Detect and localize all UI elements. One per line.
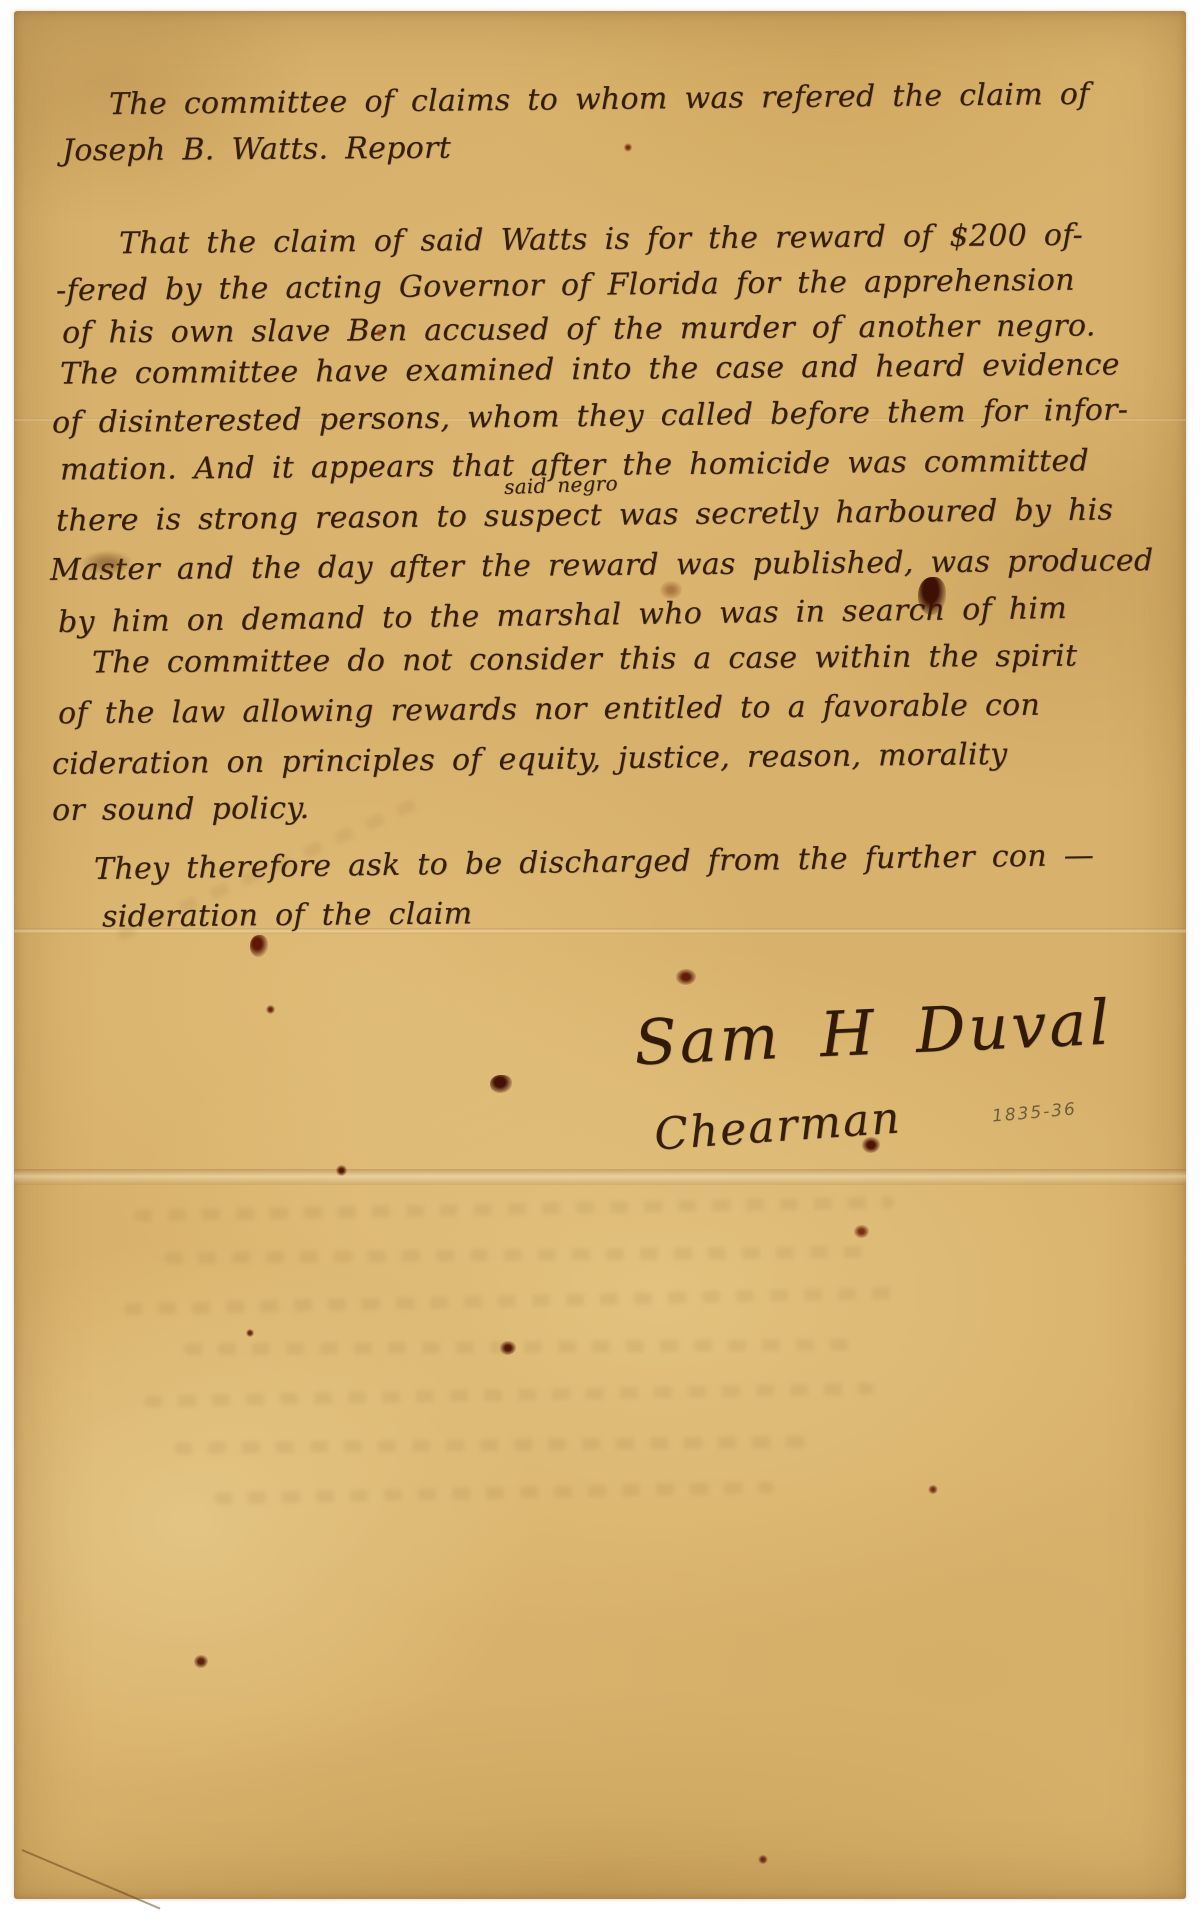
closing-line: sideration of the claim <box>102 896 473 934</box>
body-line: The committee have examined into the cas… <box>60 347 1120 391</box>
body-line: -fered by the acting Governor of Florida… <box>56 263 1075 309</box>
ink-blot <box>928 1485 938 1494</box>
closing-line: They therefore ask to be discharged from… <box>94 838 1094 887</box>
body-line: Master and the day after the reward was … <box>50 543 1154 588</box>
body-line: The committee do not consider this a cas… <box>92 639 1078 681</box>
scanned-document-page: The committee of claims to whom was refe… <box>0 0 1200 1915</box>
ink-blot <box>676 969 696 985</box>
body-line: of the law allowing rewards nor entitled… <box>58 688 1040 732</box>
body-line: or sound policy. <box>52 791 310 828</box>
ink-blot <box>758 1855 768 1864</box>
showthrough-writing <box>144 1383 874 1408</box>
heading-line: The committee of claims to whom was refe… <box>109 77 1090 122</box>
showthrough-writing <box>134 1196 894 1221</box>
ink-blot <box>624 143 632 152</box>
signature: Sam H Duval <box>633 986 1114 1080</box>
showthrough-writing <box>214 1482 774 1505</box>
body-line: of disinterested persons, whom they call… <box>52 392 1129 440</box>
year-annotation: 1835-36 <box>991 1099 1077 1126</box>
manuscript-paper: The committee of claims to whom was refe… <box>14 11 1186 1899</box>
interlineation: said negro <box>504 471 619 499</box>
fold-crease <box>14 1169 1186 1185</box>
body-line: cideration on principles of equity, just… <box>52 737 1008 782</box>
ink-blot <box>246 1329 254 1337</box>
ink-blot <box>250 935 268 957</box>
showthrough-writing <box>174 1436 814 1455</box>
ink-blot <box>854 1225 869 1238</box>
heading-line: Joseph B. Watts. Report <box>62 131 451 169</box>
chairman-title: Chearman <box>653 1092 904 1160</box>
ink-blot <box>500 1341 516 1355</box>
ink-blot <box>490 1075 512 1093</box>
body-line: of his own slave Ben accused of the murd… <box>62 308 1096 350</box>
showthrough-writing <box>124 1287 904 1315</box>
ink-blot <box>266 1005 275 1014</box>
body-line: That the claim of said Watts is for the … <box>119 218 1083 261</box>
ink-blot <box>336 1165 347 1176</box>
showthrough-writing <box>184 1339 864 1356</box>
body-line: there is strong reason to suspect was se… <box>56 492 1113 538</box>
corner-crease <box>22 1849 161 1909</box>
showthrough-writing <box>164 1246 864 1264</box>
ink-blot <box>194 1655 208 1668</box>
body-line: by him on demand to the marshal who was … <box>58 591 1067 640</box>
